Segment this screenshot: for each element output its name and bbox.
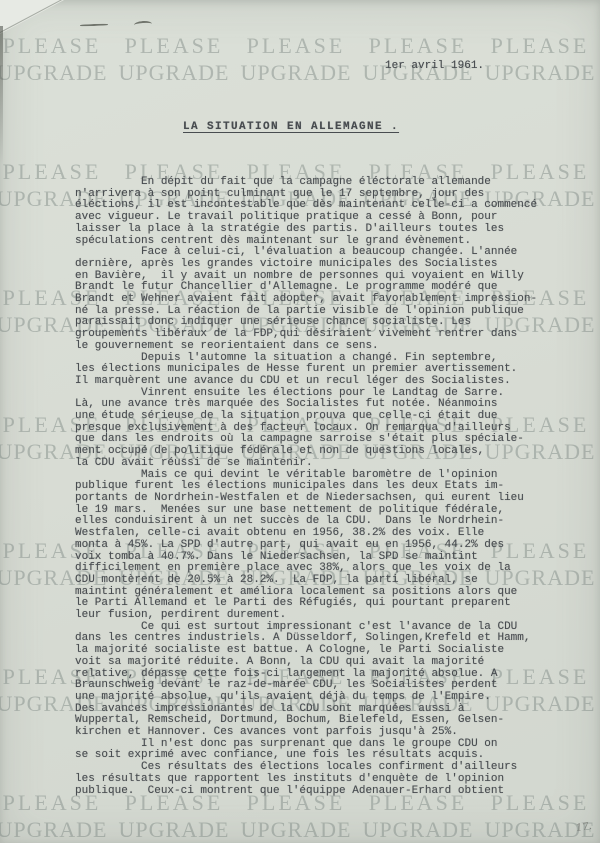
corner-fold bbox=[0, 0, 64, 34]
document-body-text: En dépit du fait que la campagne éléctor… bbox=[75, 177, 537, 797]
pencil-mark-icon bbox=[80, 24, 108, 27]
scan-edge-shadow bbox=[0, 26, 3, 164]
watermark-text: PLEASEUPGRADE bbox=[478, 33, 600, 86]
watermark-text: PLEASEUPGRADE bbox=[356, 790, 480, 843]
watermark-text: PLEASEUPGRADE bbox=[0, 33, 114, 86]
pencil-mark-icon bbox=[134, 20, 152, 28]
watermark-text: PLEASEUPGRADE bbox=[0, 790, 114, 843]
watermark-text: PLEASEUPGRADE bbox=[112, 790, 236, 843]
watermark-text: PLEASEUPGRADE bbox=[234, 33, 358, 86]
scanned-document-page: PLEASEUPGRADEPLEASEUPGRADEPLEASEUPGRADEP… bbox=[0, 0, 600, 843]
watermark-text: PLEASEUPGRADE bbox=[234, 790, 358, 843]
document-title: LA SITUATION EN ALLEMAGNE . bbox=[183, 121, 399, 133]
document-date: 1er avril 1961. bbox=[385, 60, 484, 72]
watermark-text: PLEASEUPGRADE bbox=[478, 790, 600, 843]
handwritten-page-number: 17. bbox=[575, 821, 592, 834]
watermark-text: PLEASEUPGRADE bbox=[112, 33, 236, 86]
